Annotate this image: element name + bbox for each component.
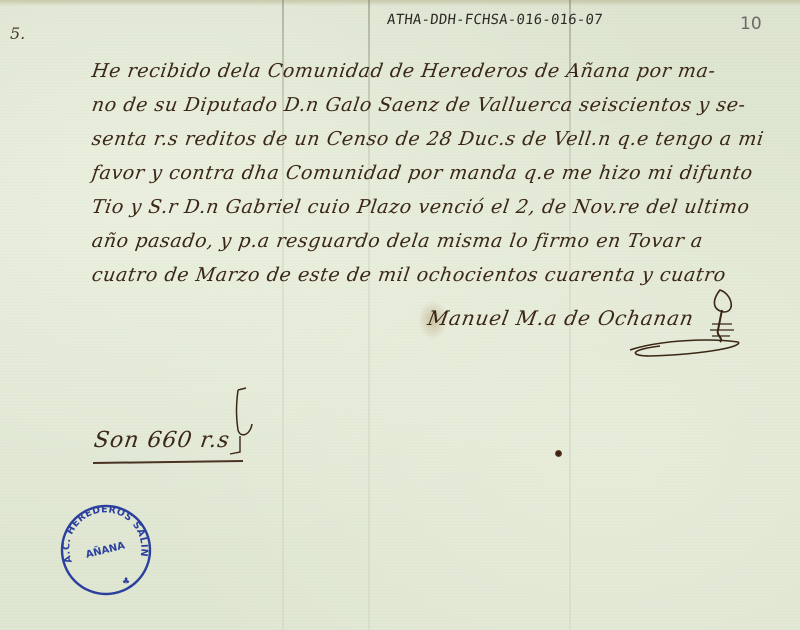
stamp-clover-icon: ♣ bbox=[122, 577, 130, 587]
ink-spot bbox=[555, 450, 562, 457]
amount-underline bbox=[93, 460, 243, 464]
body-line: senta r.s reditos de un Censo de 28 Duc.… bbox=[90, 128, 765, 150]
body-line: He recibido dela Comunidad de Herederos … bbox=[90, 60, 717, 82]
archive-reference: ATHA-DDH-FCHSA-016-016-07 bbox=[386, 12, 603, 28]
body-line: no de su Diputado D.n Galo Saenz de Vall… bbox=[90, 94, 747, 116]
amount-flourish bbox=[210, 386, 260, 456]
body-line: Tio y S.r D.n Gabriel cuio Plazo venció … bbox=[90, 196, 751, 218]
folio-number: 5. bbox=[10, 24, 25, 43]
archive-stamp: A.C. HEREDEROS SALINAS AÑANA ♣ bbox=[56, 498, 156, 598]
signature-rubric bbox=[620, 280, 750, 360]
paper-top-edge bbox=[0, 0, 800, 6]
manuscript-page: 5. ATHA-DDH-FCHSA-016-016-07 10 He recib… bbox=[0, 0, 800, 630]
body-line: favor y contra dha Comunidad por manda q… bbox=[90, 162, 754, 184]
stamp-center-text: AÑANA bbox=[84, 538, 126, 560]
body-line: año pasado, y p.a resguardo dela misma l… bbox=[90, 230, 704, 252]
page-number: 10 bbox=[740, 14, 762, 34]
